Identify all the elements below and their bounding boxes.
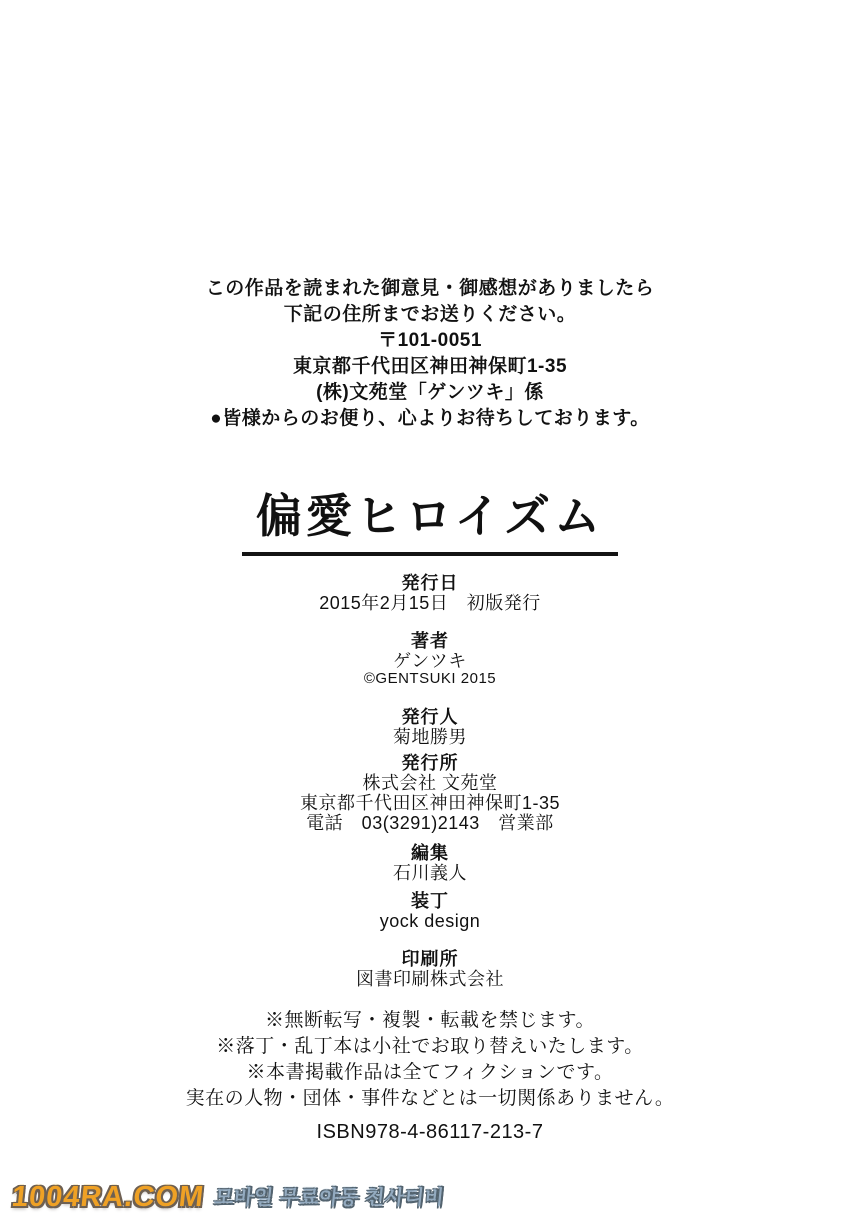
section-publishing-house: 発行所 株式会社 文苑堂 東京都千代田区神田神保町1-35 電話 03(3291… [0, 753, 860, 833]
feedback-notice: この作品を読まれた御意見・御感想がありましたら 下記の住所までお送りください。 … [0, 276, 860, 432]
feedback-line: ●皆様からのお便り、心よりお待ちしております。 [0, 406, 860, 432]
legal-notices: ※無断転写・複製・転載を禁じます。 ※落丁・乱丁本は小社でお取り替えいたします。… [0, 1008, 860, 1112]
postal-code: 〒101-0051 [0, 328, 860, 354]
section-publisher-person: 発行人 菊地勝男 [0, 707, 860, 747]
publication-date: 2015年2月15日 初版発行 [0, 593, 860, 613]
section-label: 印刷所 [0, 949, 860, 969]
section-label: 著者 [0, 631, 860, 651]
section-label: 発行人 [0, 707, 860, 727]
publisher-person-name: 菊地勝男 [0, 727, 860, 747]
feedback-line: 下記の住所までお送りください。 [0, 302, 860, 328]
section-editor: 編集 石川義人 [0, 843, 860, 883]
notice-line: ※本書掲載作品は全てフィクションです。 [0, 1060, 860, 1086]
watermark: 1004RA.COM 모바일 무료야동 천사티비 [12, 1182, 444, 1212]
publishing-house-address: 東京都千代田区神田神保町1-35 [0, 793, 860, 813]
watermark-tagline-text: 모바일 무료야동 천사티비 [213, 1186, 446, 1212]
title-block: 偏愛ヒロイズム [0, 492, 860, 556]
notice-line: 実在の人物・団体・事件などとは一切関係ありません。 [0, 1086, 860, 1112]
section-label: 装丁 [0, 891, 860, 911]
section-label: 発行所 [0, 753, 860, 773]
publishing-house-name: 株式会社 文苑堂 [0, 773, 860, 793]
colophon-details: 発行日 2015年2月15日 初版発行 著者 ゲンツキ ©GENTSUKI 20… [0, 573, 860, 989]
designer-name: yock design [0, 911, 860, 931]
isbn-text: ISBN978-4-86117-213-7 [0, 1120, 860, 1144]
publisher-department: (株)文苑堂「ゲンツキ」係 [0, 380, 860, 406]
editor-name: 石川義人 [0, 863, 860, 883]
section-label: 発行日 [0, 573, 860, 593]
printer-name: 図書印刷株式会社 [0, 969, 860, 989]
notice-line: ※落丁・乱丁本は小社でお取り替えいたします。 [0, 1034, 860, 1060]
section-label: 編集 [0, 843, 860, 863]
author-name: ゲンツキ [0, 651, 860, 671]
colophon-page: この作品を読まれた御意見・御感想がありましたら 下記の住所までお送りください。 … [0, 0, 860, 1220]
copyright-line: ©GENTSUKI 2015 [0, 671, 860, 687]
watermark-site-text: 1004RA.COM [10, 1182, 205, 1212]
section-publication-date: 発行日 2015年2月15日 初版発行 [0, 573, 860, 613]
feedback-line: この作品を読まれた御意見・御感想がありましたら [0, 276, 860, 302]
section-design: 装丁 yock design [0, 891, 860, 931]
book-title: 偏愛ヒロイズム [242, 492, 618, 556]
section-printer: 印刷所 図書印刷株式会社 [0, 949, 860, 989]
publisher-address: 東京都千代田区神田神保町1-35 [0, 354, 860, 380]
notice-line: ※無断転写・複製・転載を禁じます。 [0, 1008, 860, 1034]
publishing-house-phone: 電話 03(3291)2143 営業部 [0, 813, 860, 833]
section-author: 著者 ゲンツキ ©GENTSUKI 2015 [0, 631, 860, 687]
